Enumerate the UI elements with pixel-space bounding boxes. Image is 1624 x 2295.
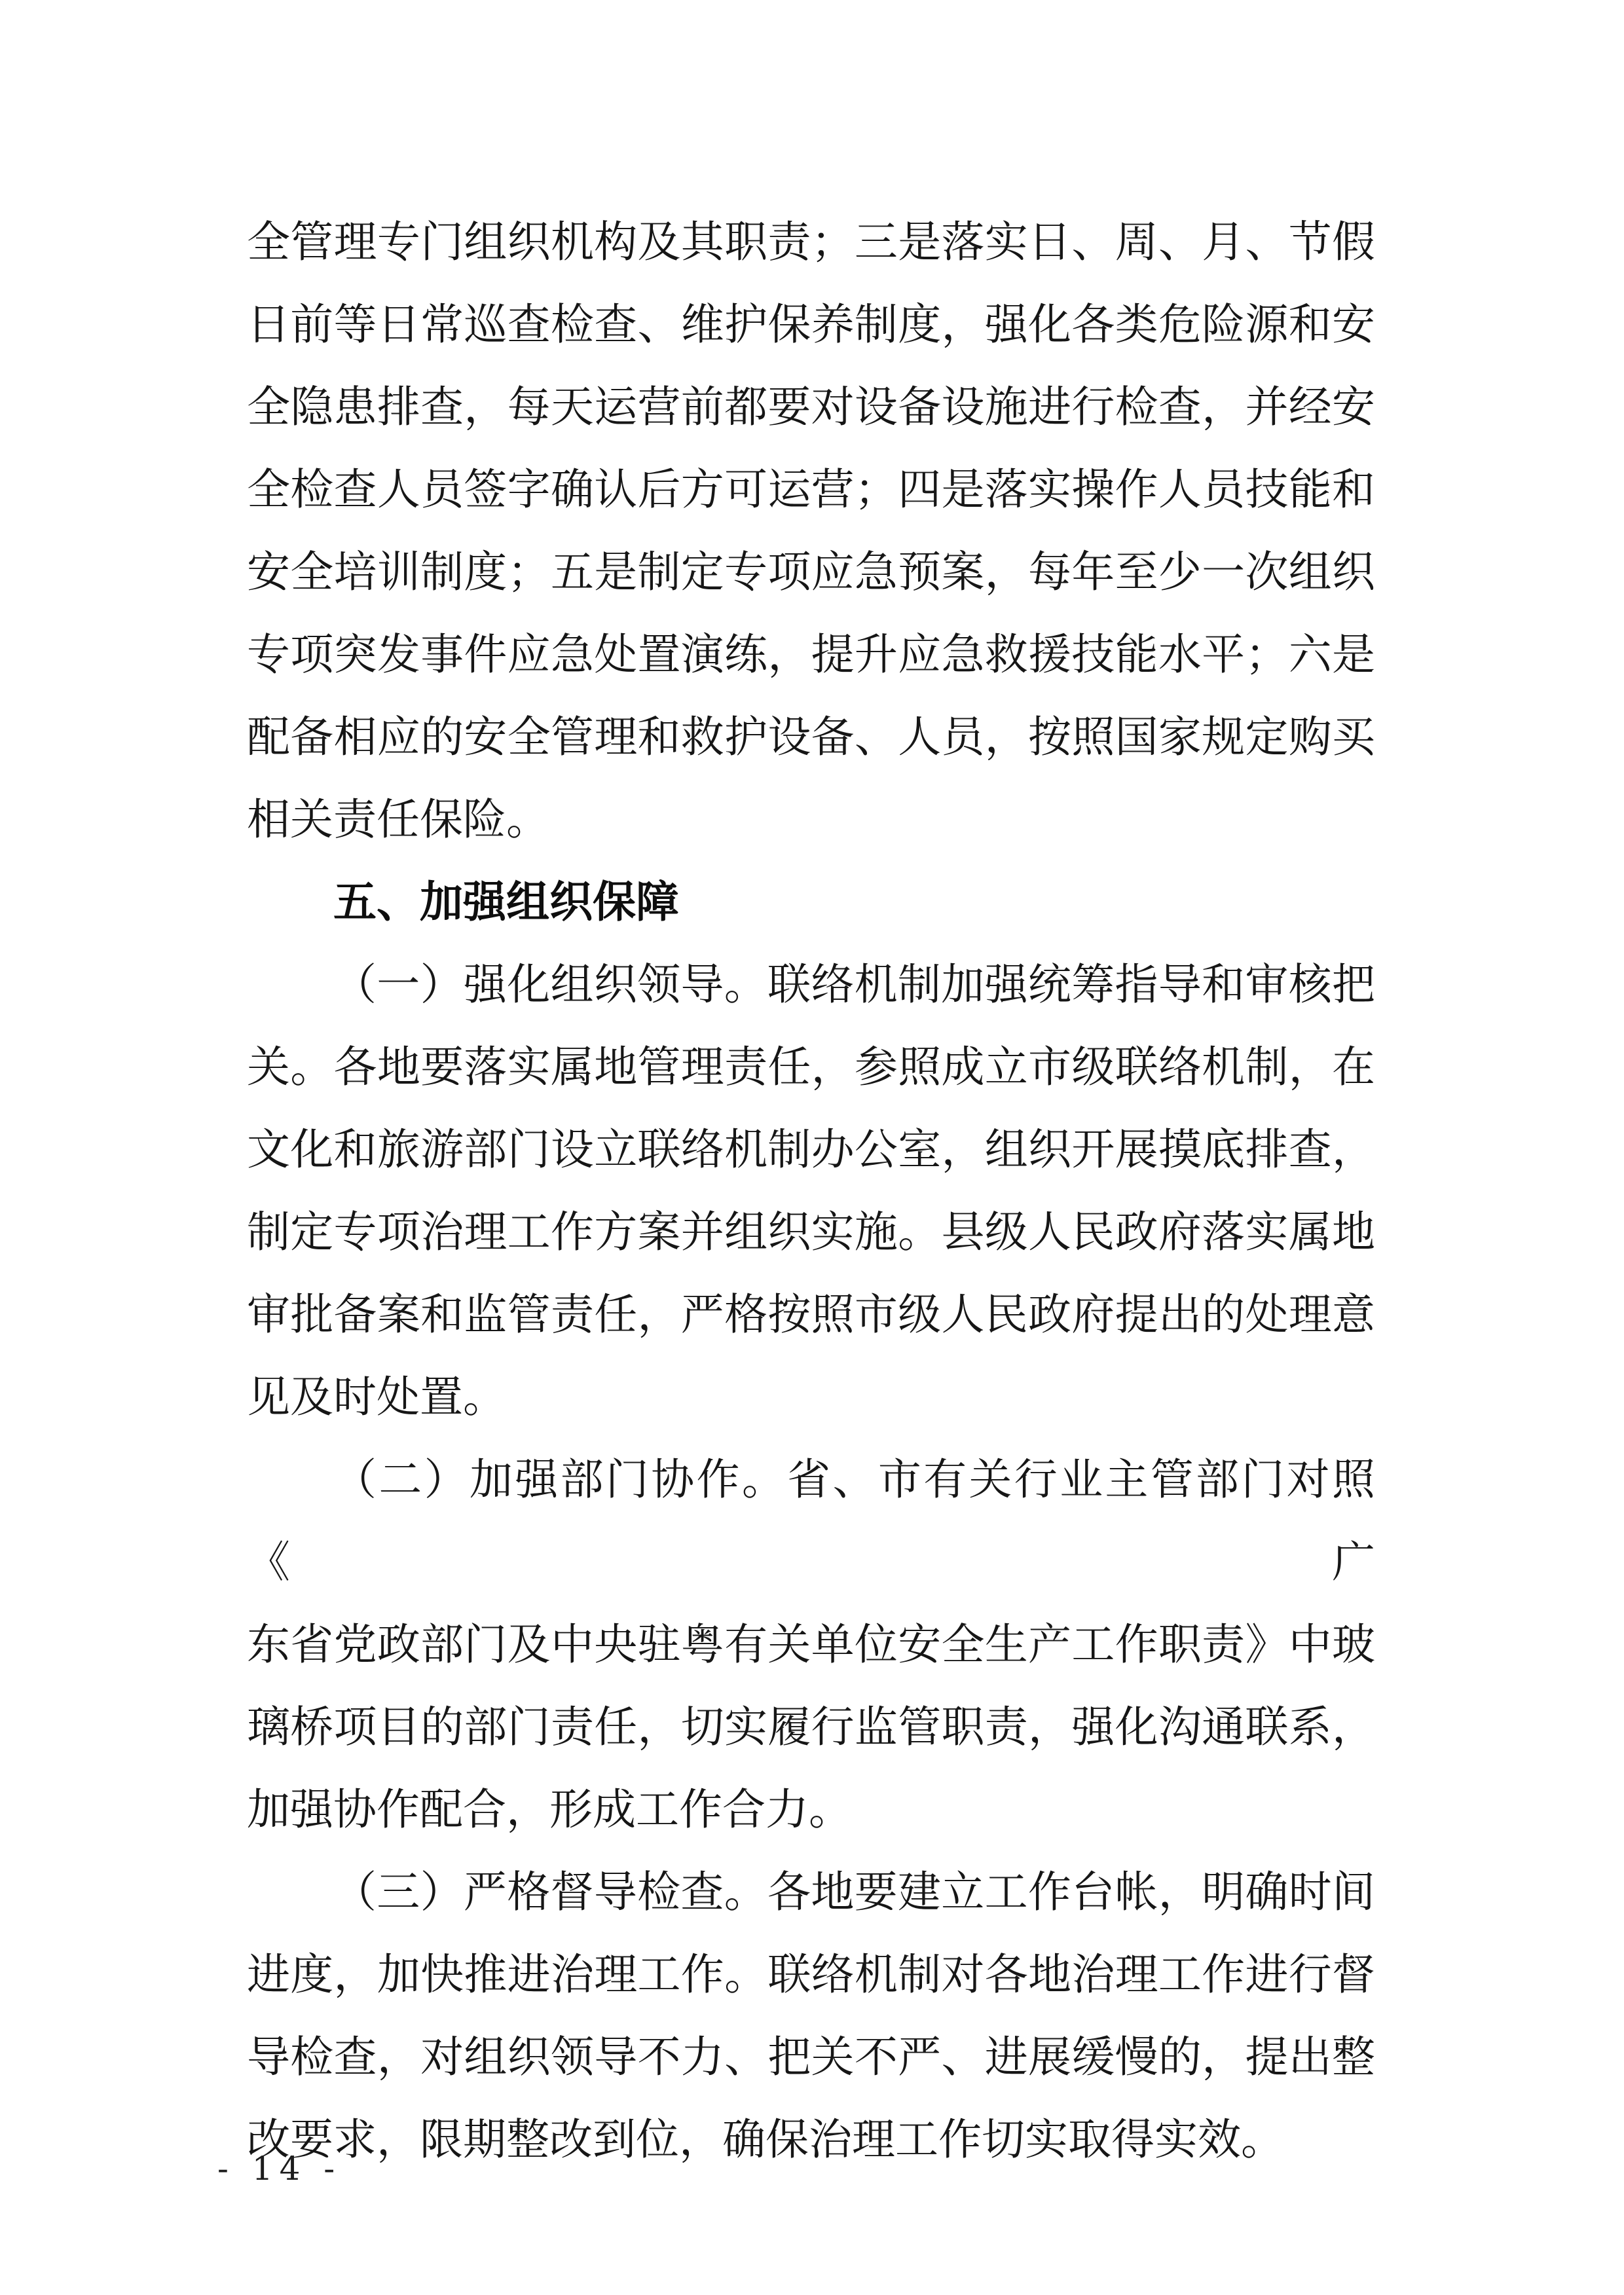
section-heading: 五、加强组织保障 (247, 861, 1375, 944)
text-line: 导检查，对组织领导不力、把关不严、进展缓慢的，提出整 (247, 2016, 1375, 2099)
text-line: 制定专项治理工作方案并组织实施。县级人民政府落实属地 (247, 1191, 1375, 1274)
document-body: 全管理专门组织机构及其职责；三是落实日、周、月、节假 日前等日常巡查检查、维护保… (247, 201, 1375, 2181)
text-line: 文化和旅游部门设立联络机制办公室，组织开展摸底排查， (247, 1109, 1375, 1191)
text-line: 见及时处置。 (247, 1356, 1375, 1439)
paragraph-lead-line: （一）强化组织领导。联络机制加强统筹指导和审核把 (247, 944, 1375, 1026)
text-line: 加强协作配合，形成工作合力。 (247, 1769, 1375, 1851)
text-line: 配备相应的安全管理和救护设备、人员，按照国家规定购买 (247, 696, 1375, 779)
text-line: 东省党政部门及中央驻粤有关单位安全生产工作职责》中玻 (247, 1604, 1375, 1686)
text-line: 改要求，限期整改到位，确保治理工作切实取得实效。 (247, 2099, 1375, 2181)
text-line: 日前等日常巡查检查、维护保养制度，强化各类危险源和安 (247, 284, 1375, 366)
text-line: 相关责任保险。 (247, 779, 1375, 861)
text-line: 璃桥项目的部门责任，切实履行监管职责，强化沟通联系， (247, 1686, 1375, 1769)
text-line: 审批备案和监管责任，严格按照市级人民政府提出的处理意 (247, 1274, 1375, 1356)
text-line: 进度，加快推进治理工作。联络机制对各地治理工作进行督 (247, 1934, 1375, 2016)
paragraph-lead-line: （三）严格督导检查。各地要建立工作台帐，明确时间 (247, 1851, 1375, 1934)
text-line: 全管理专门组织机构及其职责；三是落实日、周、月、节假 (247, 201, 1375, 284)
text-line: 关。各地要落实属地管理责任，参照成立市级联络机制，在 (247, 1026, 1375, 1109)
text-line: 专项突发事件应急处置演练，提升应急救援技能水平；六是 (247, 614, 1375, 696)
paragraph-lead-line: （二）加强部门协作。省、市有关行业主管部门对照《广 (247, 1439, 1375, 1604)
page-number: - 14 - (217, 2149, 341, 2188)
text-line: 全隐患排查，每天运营前都要对设备设施进行检查，并经安 (247, 366, 1375, 449)
text-line: 安全培训制度；五是制定专项应急预案，每年至少一次组织 (247, 531, 1375, 614)
text-line: 全检查人员签字确认后方可运营；四是落实操作人员技能和 (247, 449, 1375, 531)
document-page: 全管理专门组织机构及其职责；三是落实日、周、月、节假 日前等日常巡查检查、维护保… (0, 0, 1624, 2295)
